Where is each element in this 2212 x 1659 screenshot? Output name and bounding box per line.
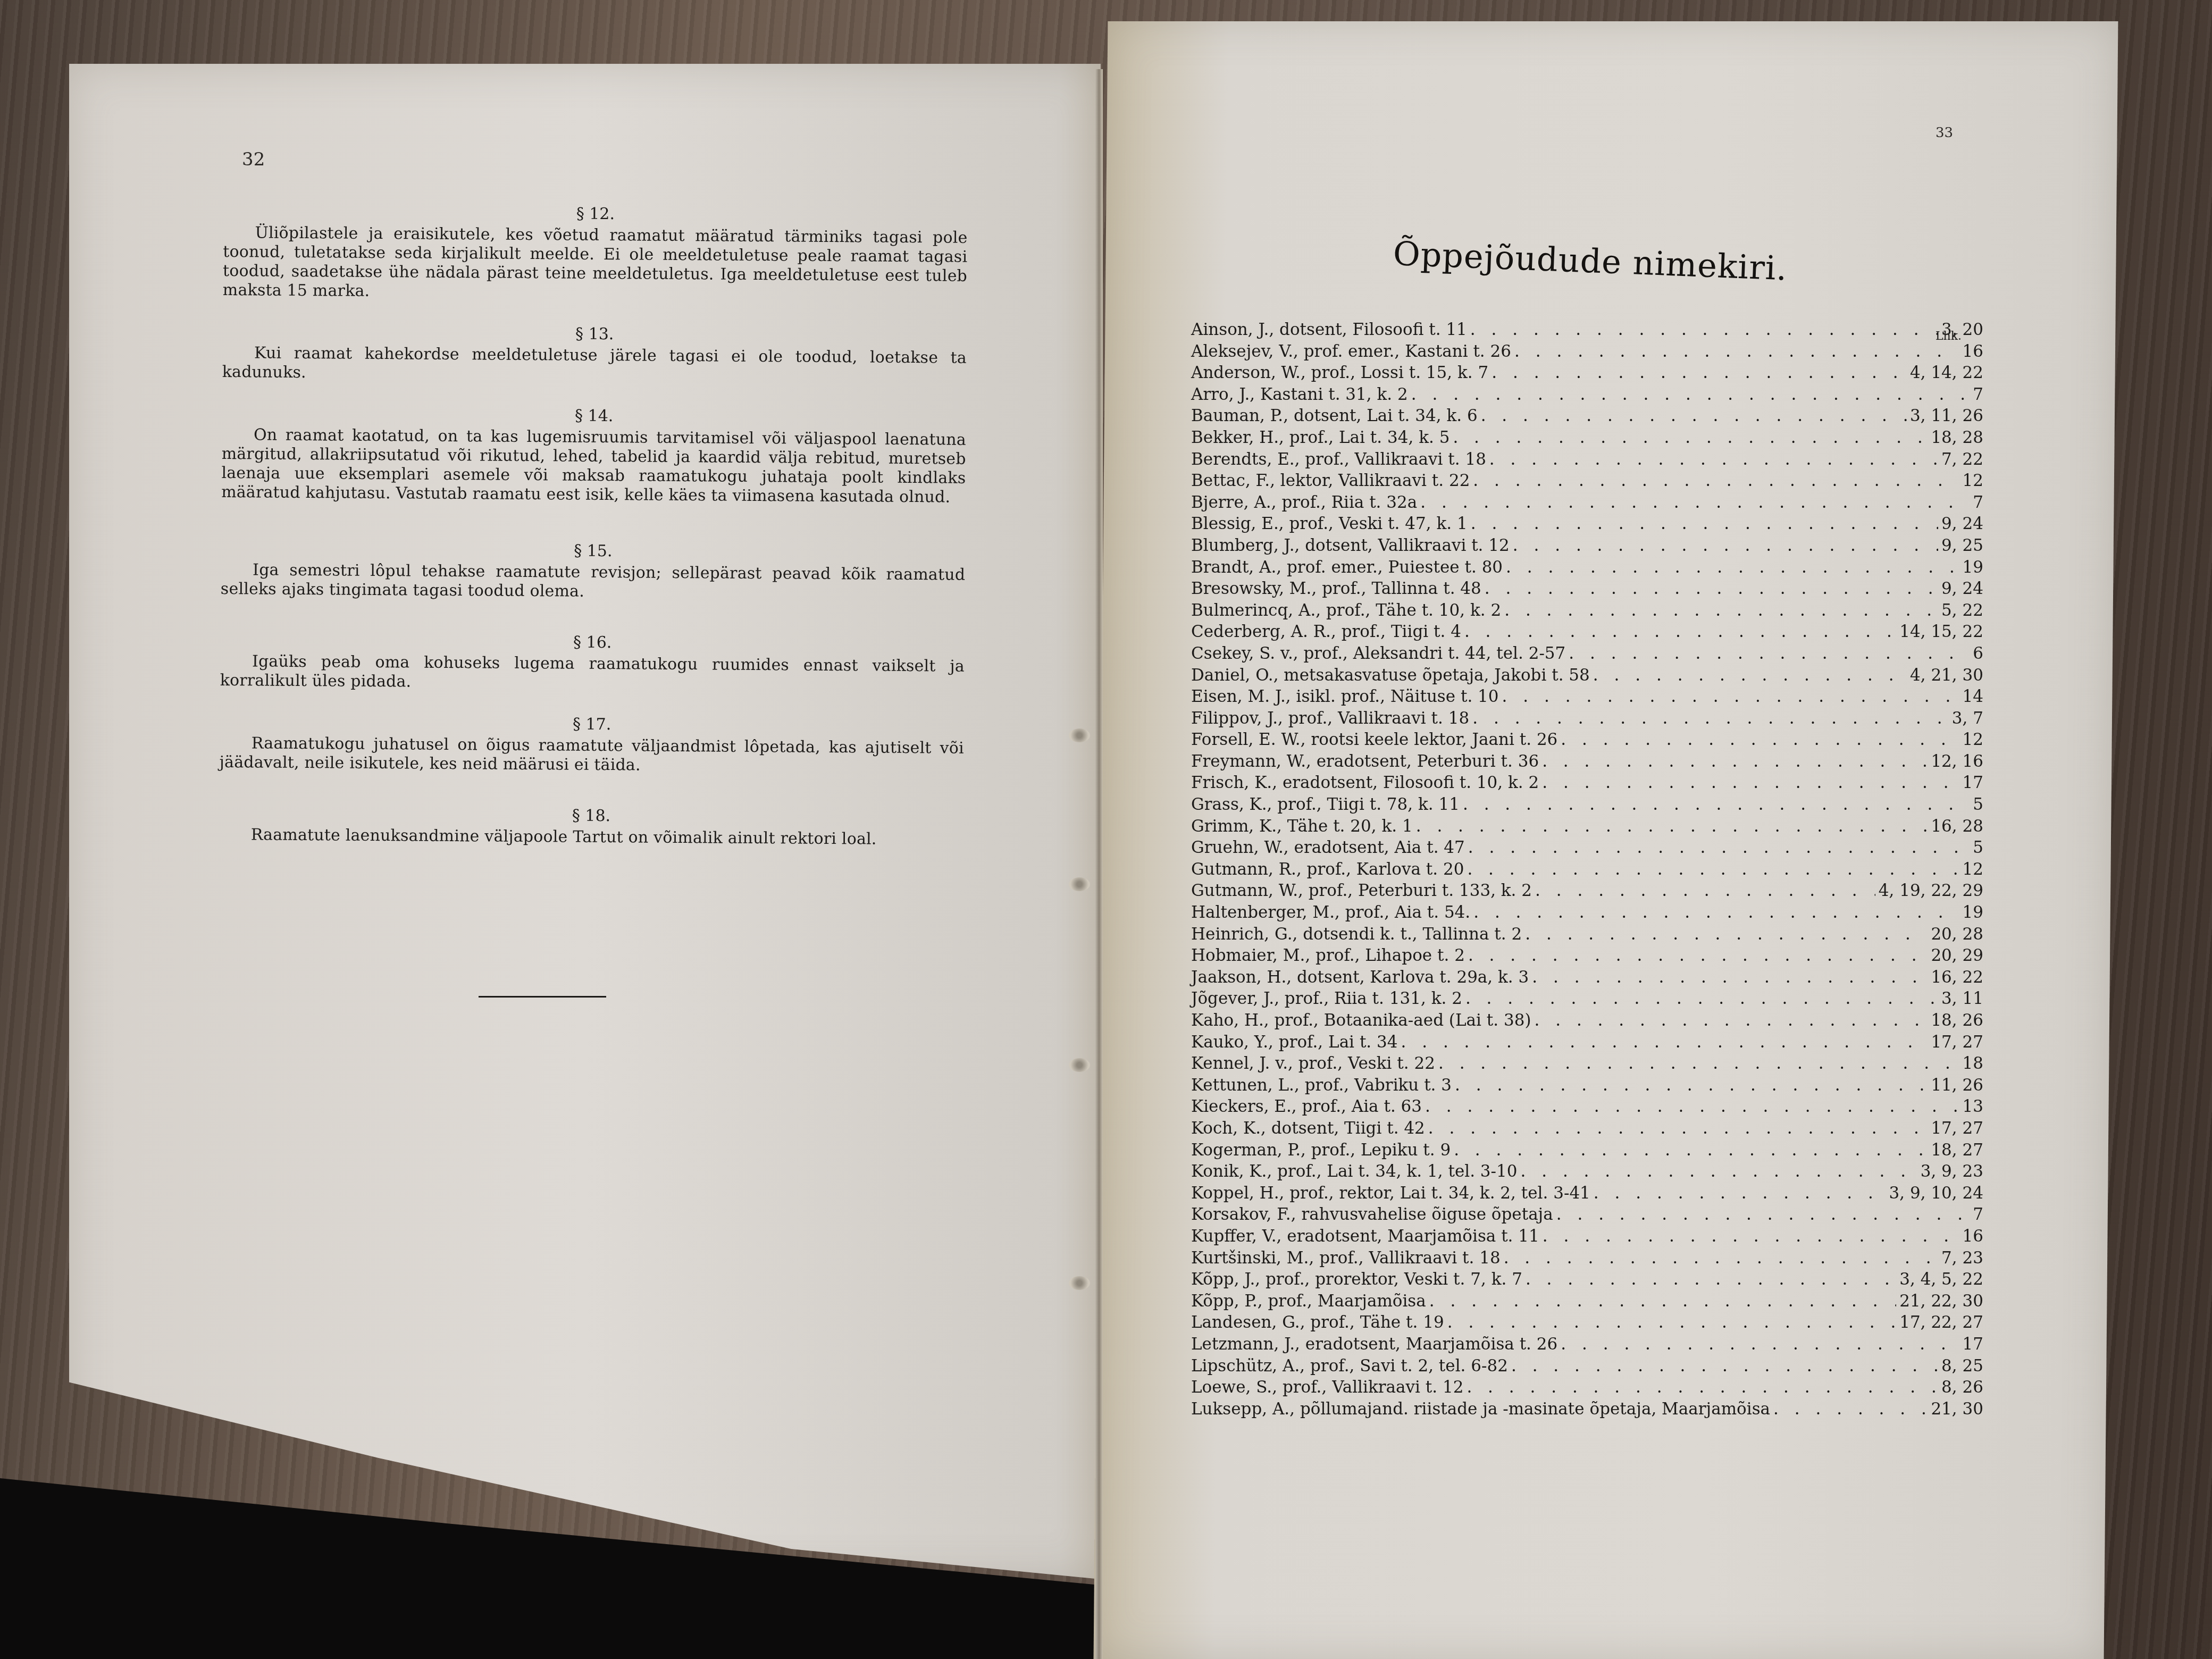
dot-leader: [1447, 1312, 1897, 1333]
page-references: 16, 28: [1931, 816, 1983, 837]
list-item: Arro, J., Kastani t. 31, k. 2 7: [1191, 384, 1983, 406]
page-references: 8, 26: [1941, 1377, 1983, 1398]
library-rules-text: § 12. Üliõpilastele ja eraisikutele, kes…: [219, 202, 968, 872]
list-item: Koppel, H., prof., rektor, Lai t. 34, k.…: [1191, 1183, 1983, 1204]
page-references: 6: [1973, 643, 1983, 664]
dot-leader: [1453, 427, 1928, 448]
dot-leader: [1464, 621, 1896, 642]
page-references: 19: [1963, 557, 1983, 578]
right-page-number: 33: [1935, 125, 1953, 141]
section-title: § 14.: [222, 404, 966, 429]
list-item: Grimm, K., Tähe t. 20, k. 1 16, 28: [1191, 816, 1983, 837]
list-item: Blessig, E., prof., Veski t. 47, k. 1 9,…: [1191, 513, 1983, 535]
faculty-name-address: Blumberg, J., dotsent, Vallikraavi t. 12: [1191, 535, 1510, 556]
binding-stitch-icon: [1069, 877, 1090, 891]
list-item: Bekker, H., prof., Lai t. 34, k. 5 18, 2…: [1191, 427, 1983, 449]
dot-leader: [1504, 600, 1938, 621]
dot-leader: [1438, 1053, 1959, 1074]
page-references: 3, 4, 5, 22: [1899, 1269, 1983, 1290]
page-references: 4, 19, 22, 29: [1879, 880, 1983, 901]
faculty-name-address: Konik, K., prof., Lai t. 34, k. 1, tel. …: [1191, 1161, 1518, 1182]
faculty-name-address: Bauman, P., dotsent, Lai t. 34, k. 6: [1191, 405, 1478, 426]
page-references: 14: [1963, 686, 1983, 707]
dot-leader: [1467, 1377, 1938, 1398]
section-13: § 13. Kui raamat kahekordse meeldetuletu…: [222, 322, 967, 387]
page-references: 9, 25: [1941, 535, 1983, 556]
faculty-list: Ainson, J., dotsent, Filosoofi t. 11 3, …: [1191, 319, 1983, 1420]
dot-leader: [1467, 859, 1959, 880]
page-references: 16: [1963, 1226, 1983, 1247]
dot-leader: [1535, 880, 1875, 901]
binding-stitch-icon: [1069, 728, 1090, 742]
dot-leader: [1521, 1161, 1917, 1182]
list-item: Daniel, O., metsakasvatuse õpetaja, Jako…: [1191, 665, 1983, 686]
faculty-name-address: Koch, K., dotsent, Tiigi t. 42: [1191, 1118, 1425, 1139]
dot-leader: [1504, 1247, 1938, 1269]
faculty-name-address: Kõpp, J., prof., prorektor, Veski t. 7, …: [1191, 1269, 1522, 1290]
page-references: 5, 22: [1941, 600, 1983, 621]
dot-leader: [1593, 665, 1907, 686]
dot-leader: [1534, 1010, 1928, 1031]
faculty-name-address: Gruehn, W., eradotsent, Aia t. 47: [1191, 837, 1465, 858]
list-item: Kauko, Y., prof., Lai t. 34 17, 27: [1191, 1032, 1983, 1053]
faculty-name-address: Lipschütz, A., prof., Savi t. 2, tel. 6-…: [1191, 1355, 1508, 1377]
faculty-name-address: Bekker, H., prof., Lai t. 34, k. 5: [1191, 427, 1449, 448]
faculty-name-address: Bulmerincq, A., prof., Tähe t. 10, k. 2: [1191, 600, 1501, 621]
page-references: 20, 28: [1931, 924, 1983, 945]
dot-leader: [1473, 470, 1959, 491]
list-item: Forsell, E. W., rootsi keele lektor, Jaa…: [1191, 729, 1983, 751]
list-item: Anderson, W., prof., Lossi t. 15, k. 7 4…: [1191, 362, 1983, 384]
dot-leader: [1481, 405, 1907, 426]
dot-leader: [1514, 341, 1959, 362]
dot-leader: [1489, 449, 1938, 470]
page-references: 7: [1973, 384, 1983, 405]
dot-leader: [1470, 319, 1938, 340]
page-references: 20, 29: [1931, 945, 1983, 966]
dot-leader: [1542, 751, 1928, 772]
faculty-name-address: Frisch, K., eradotsent, Filosoofi t. 10,…: [1191, 772, 1539, 793]
list-item: Bettac, F., lektor, Vallikraavi t. 22 12: [1191, 470, 1983, 492]
dot-leader: [1428, 1118, 1928, 1139]
section-title: § 18.: [219, 804, 963, 828]
list-item: Kieckers, E., prof., Aia t. 63 13: [1191, 1096, 1983, 1118]
dot-leader: [1506, 557, 1959, 578]
dot-leader: [1411, 384, 1970, 405]
faculty-name-address: Filippov, J., prof., Vallikraavi t. 18: [1191, 708, 1469, 729]
list-item: Filippov, J., prof., Vallikraavi t. 18 3…: [1191, 708, 1983, 730]
dot-leader: [1485, 578, 1938, 599]
section-body: On raamat kaotatud, on ta kas lugemisruu…: [221, 425, 966, 507]
list-item: Ainson, J., dotsent, Filosoofi t. 11 3, …: [1191, 319, 1983, 341]
list-item: Hobmaier, M., prof., Lihapoe t. 2 20, 29: [1191, 945, 1983, 967]
faculty-name-address: Daniel, O., metsakasvatuse õpetaja, Jako…: [1191, 665, 1590, 686]
list-item: Kurtšinski, M., prof., Vallikraavi t. 18…: [1191, 1247, 1983, 1269]
list-item: Loewe, S., prof., Vallikraavi t. 12 8, 2…: [1191, 1377, 1983, 1398]
faculty-name-address: Kõpp, P., prof., Maarjamõisa: [1191, 1291, 1426, 1312]
list-item: Kettunen, L., prof., Vabriku t. 3 11, 26: [1191, 1075, 1983, 1096]
dot-leader: [1513, 535, 1938, 556]
faculty-name-address: Arro, J., Kastani t. 31, k. 2: [1191, 384, 1408, 405]
page-references: 13: [1963, 1096, 1983, 1117]
page-references: 11, 26: [1931, 1075, 1983, 1096]
section-body: Raamatukogu juhatusel on õigus raamatute…: [220, 734, 964, 777]
section-17: § 17. Raamatukogu juhatusel on õigus raa…: [220, 713, 965, 777]
faculty-name-address: Ainson, J., dotsent, Filosoofi t. 11: [1191, 319, 1467, 340]
section-body: Raamatute laenuksandmine väljapoole Tart…: [219, 825, 963, 850]
section-12: § 12. Üliõpilastele ja eraisikutele, kes…: [223, 202, 968, 305]
section-16: § 16. Igaüks peab oma kohuseks lugema ra…: [220, 631, 965, 696]
faculty-name-address: Korsakov, F., rahvusvahelise õiguse õpet…: [1191, 1204, 1553, 1225]
faculty-name-address: Berendts, E., prof., Vallikraavi t. 18: [1191, 449, 1486, 470]
list-item: Cederberg, A. R., prof., Tiigi t. 4 14, …: [1191, 621, 1983, 643]
list-item: Kõpp, J., prof., prorektor, Veski t. 7, …: [1191, 1269, 1983, 1291]
faculty-name-address: Grass, K., prof., Tiigi t. 78, k. 11: [1191, 794, 1460, 815]
faculty-name-address: Grimm, K., Tähe t. 20, k. 1: [1191, 816, 1413, 837]
page-references: 4, 14, 22: [1910, 362, 1983, 383]
page-references: 17, 27: [1931, 1118, 1983, 1139]
page-references: 12: [1963, 470, 1983, 491]
list-item: Korsakov, F., rahvusvahelise õiguse õpet…: [1191, 1204, 1983, 1226]
list-item: Haltenberger, M., prof., Aia t. 54. 19: [1191, 902, 1983, 924]
section-body: Iga semestri lôpul tehakse raamatute rev…: [221, 560, 965, 604]
faculty-name-address: Kennel, J. v., prof., Veski t. 22: [1191, 1053, 1435, 1074]
faculty-name-address: Kauko, Y., prof., Lai t. 34: [1191, 1032, 1398, 1053]
faculty-name-address: Kupffer, V., eradotsent, Maarjamõisa t. …: [1191, 1226, 1539, 1247]
dot-leader: [1420, 492, 1970, 513]
list-item: Brandt, A., prof. emer., Puiestee t. 80 …: [1191, 557, 1983, 579]
page-references: 9, 24: [1941, 578, 1983, 599]
page-references: 5: [1973, 794, 1983, 815]
page-references: 14, 15, 22: [1899, 621, 1983, 642]
end-rule-divider: [479, 996, 606, 998]
page-references: 18, 26: [1931, 1010, 1983, 1031]
page-references: 18, 28: [1931, 427, 1983, 448]
list-item: Heinrich, G., dotsendi k. t., Tallinna t…: [1191, 924, 1983, 945]
list-item: Lipschütz, A., prof., Savi t. 2, tel. 6-…: [1191, 1355, 1983, 1377]
faculty-name-address: Aleksejev, V., prof. emer., Kastani t. 2…: [1191, 341, 1511, 362]
list-item: Csekey, S. v., prof., Aleksandri t. 44, …: [1191, 643, 1983, 665]
faculty-name-address: Gutmann, W., prof., Peterburi t. 133, k.…: [1191, 880, 1532, 901]
faculty-name-address: Letzmann, J., eradotsent, Maarjamõisa t.…: [1191, 1334, 1557, 1355]
list-item: Kõpp, P., prof., Maarjamõisa 21, 22, 30: [1191, 1291, 1983, 1312]
dot-leader: [1569, 643, 1970, 664]
faculty-name-address: Cederberg, A. R., prof., Tiigi t. 4: [1191, 621, 1461, 642]
binding-stitch-icon: [1069, 1058, 1090, 1072]
page-references: 19: [1963, 902, 1983, 923]
page-references: 8, 25: [1941, 1355, 1983, 1377]
faculty-name-address: Gutmann, R., prof., Karlova t. 20: [1191, 859, 1464, 880]
page-references: 16: [1963, 341, 1983, 362]
page-references: 12, 16: [1931, 751, 1983, 772]
faculty-name-address: Anderson, W., prof., Lossi t. 15, k. 7: [1191, 362, 1488, 383]
page-references: 3, 11: [1941, 988, 1983, 1009]
faculty-name-address: Blessig, E., prof., Veski t. 47, k. 1: [1191, 513, 1468, 534]
dot-leader: [1468, 945, 1928, 966]
page-references: 7: [1973, 492, 1983, 513]
list-item: Bresowsky, M., prof., Tallinna t. 48 9, …: [1191, 578, 1983, 600]
page-references: 17: [1963, 772, 1983, 793]
dot-leader: [1429, 1291, 1896, 1312]
dot-leader: [1526, 1269, 1896, 1290]
dot-leader: [1594, 1183, 1886, 1204]
faculty-name-address: Kettunen, L., prof., Vabriku t. 3: [1191, 1075, 1452, 1096]
faculty-name-address: Koppel, H., prof., rektor, Lai t. 34, k.…: [1191, 1183, 1590, 1204]
binding-stitch-icon: [1069, 1276, 1090, 1290]
page-references: 4, 21, 30: [1910, 665, 1983, 686]
dot-leader: [1471, 513, 1938, 534]
dot-leader: [1454, 1139, 1928, 1161]
list-item: Frisch, K., eradotsent, Filosoofi t. 10,…: [1191, 772, 1983, 794]
list-item: Berendts, E., prof., Vallikraavi t. 18 7…: [1191, 449, 1983, 471]
section-body: Üliõpilastele ja eraisikutele, kes võetu…: [223, 223, 968, 305]
page-references: 3, 7: [1952, 708, 1983, 729]
list-item: Grass, K., prof., Tiigi t. 78, k. 11 5: [1191, 794, 1983, 816]
section-body: Kui raamat kahekordse meeldetuletuse jär…: [222, 343, 967, 387]
faculty-name-address: Freymann, W., eradotsent, Peterburi t. 3…: [1191, 751, 1539, 772]
faculty-name-address: Luksepp, A., põllumajand. riistade ja -m…: [1191, 1398, 1770, 1420]
page-references: 3, 11, 26: [1910, 405, 1983, 426]
page-references: 17: [1963, 1334, 1983, 1355]
faculty-name-address: Jaakson, H., dotsent, Karlova t. 29a, k.…: [1191, 967, 1529, 988]
faculty-name-address: Kurtšinski, M., prof., Vallikraavi t. 18: [1191, 1247, 1501, 1269]
page-references: 12: [1963, 859, 1983, 880]
list-item: Jõgever, J., prof., Riia t. 131, k. 2 3,…: [1191, 988, 1983, 1010]
page-references: 5: [1973, 837, 1983, 858]
dot-leader: [1468, 837, 1970, 858]
page-references: 3, 20: [1941, 319, 1983, 340]
page-references: 18, 27: [1931, 1139, 1983, 1161]
list-item: Landesen, G., prof., Tähe t. 19 17, 22, …: [1191, 1312, 1983, 1334]
page-references: 7, 22: [1941, 449, 1983, 470]
list-item: Luksepp, A., põllumajand. riistade ja -m…: [1191, 1398, 1983, 1420]
dot-leader: [1561, 729, 1959, 750]
page-references: 12: [1963, 729, 1983, 750]
section-15: § 15. Iga semestri lôpul tehakse raamatu…: [221, 539, 966, 604]
list-item: Koch, K., dotsent, Tiigi t. 42 17, 27: [1191, 1118, 1983, 1139]
list-item: Kaho, H., prof., Botaanika-aed (Lai t. 3…: [1191, 1010, 1983, 1032]
dot-leader: [1472, 708, 1949, 729]
dot-leader: [1525, 924, 1928, 945]
page-references: 21, 22, 30: [1899, 1291, 1983, 1312]
dot-leader: [1532, 967, 1928, 988]
section-title: § 16.: [220, 631, 965, 655]
faculty-name-address: Csekey, S. v., prof., Aleksandri t. 44, …: [1191, 643, 1565, 664]
dot-leader: [1511, 1355, 1938, 1377]
faculty-name-address: Kaho, H., prof., Botaanika-aed (Lai t. 3…: [1191, 1010, 1531, 1031]
faculty-name-address: Hobmaier, M., prof., Lihapoe t. 2: [1191, 945, 1465, 966]
page-references: 7: [1973, 1204, 1983, 1225]
page-references: 16, 22: [1931, 967, 1983, 988]
faculty-name-address: Eisen, M. J., isikl. prof., Näituse t. 1…: [1191, 686, 1499, 707]
list-item: Gutmann, R., prof., Karlova t. 20 12: [1191, 859, 1983, 881]
section-title: § 13.: [222, 322, 967, 347]
page-references: 3, 9, 10, 24: [1889, 1183, 1983, 1204]
dot-leader: [1473, 902, 1959, 923]
dot-leader: [1465, 988, 1938, 1009]
faculty-name-address: Landesen, G., prof., Tähe t. 19: [1191, 1312, 1444, 1333]
section-14: § 14. On raamat kaotatud, on ta kas luge…: [221, 404, 966, 507]
list-item: Aleksejev, V., prof. emer., Kastani t. 2…: [1191, 341, 1983, 363]
faculty-name-address: Bresowsky, M., prof., Tallinna t. 48: [1191, 578, 1481, 599]
page-references: 17, 27: [1931, 1032, 1983, 1053]
dot-leader: [1556, 1204, 1970, 1225]
faculty-name-address: Kieckers, E., prof., Aia t. 63: [1191, 1096, 1422, 1117]
section-18: § 18. Raamatute laenuksandmine väljapool…: [219, 804, 963, 850]
faculty-name-address: Haltenberger, M., prof., Aia t. 54.: [1191, 902, 1470, 923]
dot-leader: [1401, 1032, 1928, 1053]
list-item: Kennel, J. v., prof., Veski t. 22 18: [1191, 1053, 1983, 1075]
section-body: Igaüks peab oma kohuseks lugema raamatuk…: [220, 652, 965, 696]
dot-leader: [1502, 686, 1959, 707]
list-item: Gruehn, W., eradotsent, Aia t. 47 5: [1191, 837, 1983, 859]
dot-leader: [1416, 816, 1928, 837]
dot-leader: [1543, 1226, 1959, 1247]
list-item: Bjerre, A., prof., Riia t. 32a 7: [1191, 492, 1983, 514]
faculty-name-address: Kogerman, P., prof., Lepiku t. 9: [1191, 1139, 1451, 1161]
list-item: Kupffer, V., eradotsent, Maarjamõisa t. …: [1191, 1226, 1983, 1247]
faculty-name-address: Brandt, A., prof. emer., Puiestee t. 80: [1191, 557, 1503, 578]
list-item: Konik, K., prof., Lai t. 34, k. 1, tel. …: [1191, 1161, 1983, 1183]
section-title: § 15.: [221, 539, 965, 564]
page-references: 21, 30: [1931, 1398, 1983, 1420]
list-item: Kogerman, P., prof., Lepiku t. 9 18, 27: [1191, 1139, 1983, 1161]
list-item: Freymann, W., eradotsent, Peterburi t. 3…: [1191, 751, 1983, 773]
page-references: 7, 23: [1941, 1247, 1983, 1269]
faculty-name-address: Bjerre, A., prof., Riia t. 32a: [1191, 492, 1417, 513]
list-item: Bulmerincq, A., prof., Tähe t. 10, k. 2 …: [1191, 600, 1983, 622]
page-references: 9, 24: [1941, 513, 1983, 534]
page-references: 18: [1963, 1053, 1983, 1074]
dot-leader: [1455, 1075, 1928, 1096]
faculty-name-address: Jõgever, J., prof., Riia t. 131, k. 2: [1191, 988, 1462, 1009]
dot-leader: [1773, 1398, 1928, 1420]
list-item: Blumberg, J., dotsent, Vallikraavi t. 12…: [1191, 535, 1983, 557]
dot-leader: [1561, 1334, 1959, 1355]
page-references: 3, 9, 23: [1921, 1161, 1983, 1182]
list-item: Jaakson, H., dotsent, Karlova t. 29a, k.…: [1191, 967, 1983, 988]
book-spine: [1095, 69, 1103, 1659]
dot-leader: [1492, 362, 1907, 383]
faculty-name-address: Loewe, S., prof., Vallikraavi t. 12: [1191, 1377, 1463, 1398]
page-references: 17, 22, 27: [1899, 1312, 1983, 1333]
list-item: Eisen, M. J., isikl. prof., Näituse t. 1…: [1191, 686, 1983, 708]
section-title: § 17.: [220, 713, 964, 737]
list-item: Letzmann, J., eradotsent, Maarjamõisa t.…: [1191, 1334, 1983, 1355]
left-page-number: 32: [242, 149, 265, 170]
faculty-name-address: Heinrich, G., dotsendi k. t., Tallinna t…: [1191, 924, 1522, 945]
faculty-name-address: Bettac, F., lektor, Vallikraavi t. 22: [1191, 470, 1470, 491]
faculty-name-address: Forsell, E. W., rootsi keele lektor, Jaa…: [1191, 729, 1557, 750]
dot-leader: [1542, 772, 1959, 793]
list-item: Bauman, P., dotsent, Lai t. 34, k. 6 3, …: [1191, 405, 1983, 427]
dot-leader: [1463, 794, 1970, 815]
dot-leader: [1425, 1096, 1959, 1117]
list-item: Gutmann, W., prof., Peterburi t. 133, k.…: [1191, 880, 1983, 902]
